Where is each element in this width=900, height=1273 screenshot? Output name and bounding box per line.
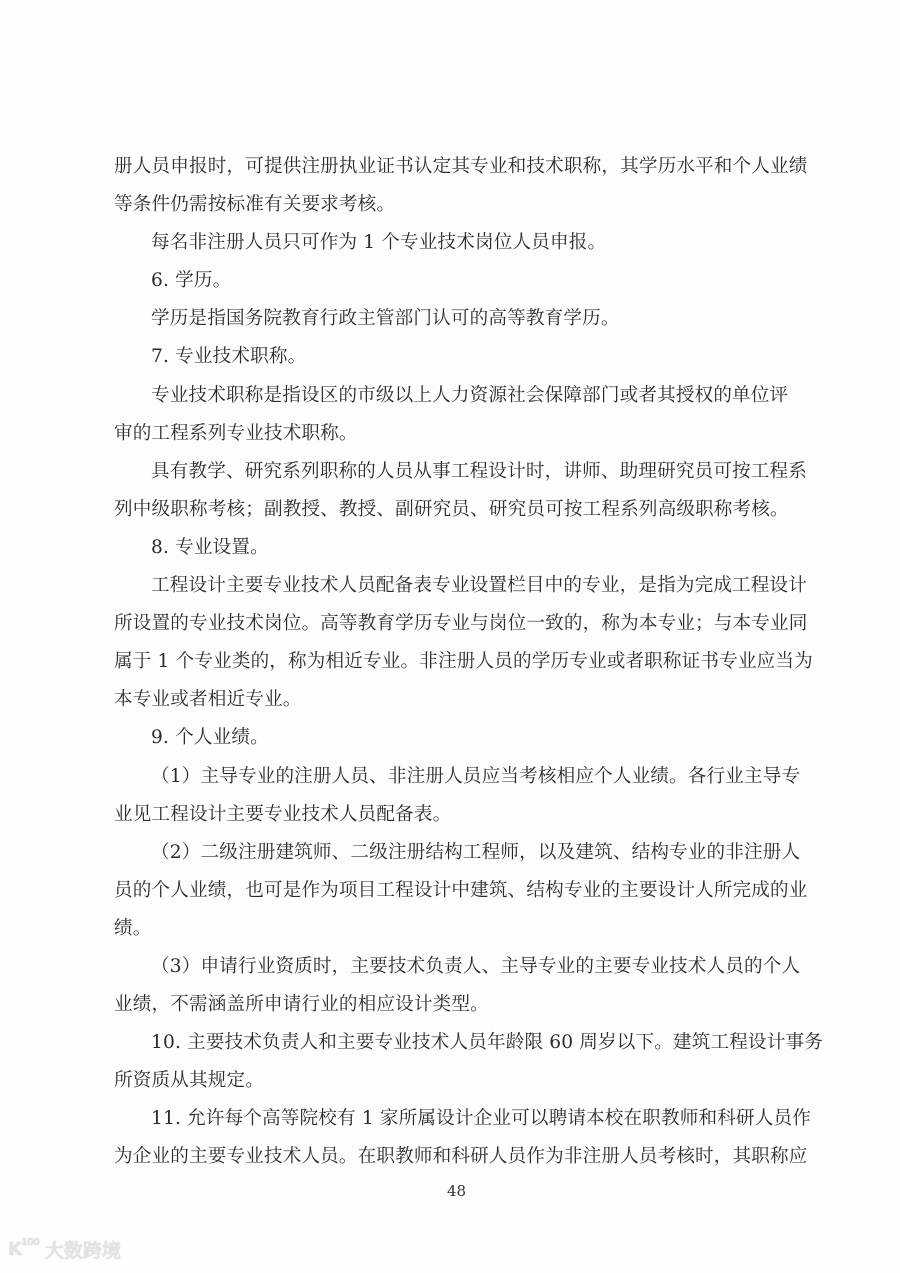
text-line: 属于 1 个专业类的，称为相近专业。非注册人员的学历专业或者职称证书专业应当为 bbox=[114, 643, 790, 681]
text-line: （3）申请行业资质时，主要技术负责人、主导专业的主要专业技术人员的个人 bbox=[114, 948, 790, 986]
text-line: 10. 主要技术负责人和主要专业技术人员年龄限 60 周岁以下。建筑工程设计事务 bbox=[114, 1024, 790, 1062]
text-line: 11. 允许每个高等院校有 1 家所属设计企业可以聘请本校在职教师和科研人员作 bbox=[114, 1100, 790, 1138]
section-heading: 6. 学历。 bbox=[114, 262, 790, 300]
text-line: 业见工程设计主要专业技术人员配备表。 bbox=[114, 796, 790, 834]
text-line: 本专业或者相近专业。 bbox=[114, 681, 790, 719]
text-line: 审的工程系列专业技术职称。 bbox=[114, 415, 790, 453]
section-heading: 7. 专业技术职称。 bbox=[114, 338, 790, 376]
watermark: K 100 大数跨境 bbox=[8, 1236, 121, 1263]
text-line: 工程设计主要专业技术人员配备表专业设置栏目中的专业，是指为完成工程设计 bbox=[114, 567, 790, 605]
brand-logo-icon: K 100 bbox=[8, 1239, 39, 1260]
text-line: 专业技术职称是指设区的市级以上人力资源社会保障部门或者其授权的单位评 bbox=[114, 377, 790, 415]
text-line: 员的个人业绩，也可是作为项目工程设计中建筑、结构专业的主要设计人所完成的业 bbox=[114, 872, 790, 910]
text-line: （1）主导专业的注册人员、非注册人员应当考核相应个人业绩。各行业主导专 bbox=[114, 758, 790, 796]
section-heading: 9. 个人业绩。 bbox=[114, 719, 790, 757]
text-line: 每名非注册人员只可作为 1 个专业技术岗位人员申报。 bbox=[114, 224, 790, 262]
text-line: 所资质从其规定。 bbox=[114, 1062, 790, 1100]
text-line: 具有教学、研究系列职称的人员从事工程设计时，讲师、助理研究员可按工程系 bbox=[114, 453, 790, 491]
logo-letter: K bbox=[8, 1239, 21, 1260]
text-line: 列中级职称考核；副教授、教授、副研究员、研究员可按工程系列高级职称考核。 bbox=[114, 491, 790, 529]
document-body: 册人员申报时，可提供注册执业证书认定其专业和技术职称，其学历水平和个人业绩 等条… bbox=[114, 148, 790, 1177]
logo-sup: 100 bbox=[21, 1237, 39, 1248]
text-line: 册人员申报时，可提供注册执业证书认定其专业和技术职称，其学历水平和个人业绩 bbox=[114, 148, 790, 186]
text-line: 绩。 bbox=[114, 910, 790, 948]
watermark-brand-text: 大数跨境 bbox=[45, 1236, 121, 1263]
text-line: 所设置的专业技术岗位。高等教育学历专业与岗位一致的，称为本专业；与本专业同 bbox=[114, 605, 790, 643]
text-line: 业绩，不需涵盖所申请行业的相应设计类型。 bbox=[114, 986, 790, 1024]
page-number: 48 bbox=[447, 1182, 466, 1200]
text-line: 为企业的主要专业技术人员。在职教师和科研人员作为非注册人员考核时，其职称应 bbox=[114, 1138, 790, 1176]
section-heading: 8. 专业设置。 bbox=[114, 529, 790, 567]
text-line: （2）二级注册建筑师、二级注册结构工程师，以及建筑、结构专业的非注册人 bbox=[114, 834, 790, 872]
text-line: 学历是指国务院教育行政主管部门认可的高等教育学历。 bbox=[114, 300, 790, 338]
text-line: 等条件仍需按标准有关要求考核。 bbox=[114, 186, 790, 224]
